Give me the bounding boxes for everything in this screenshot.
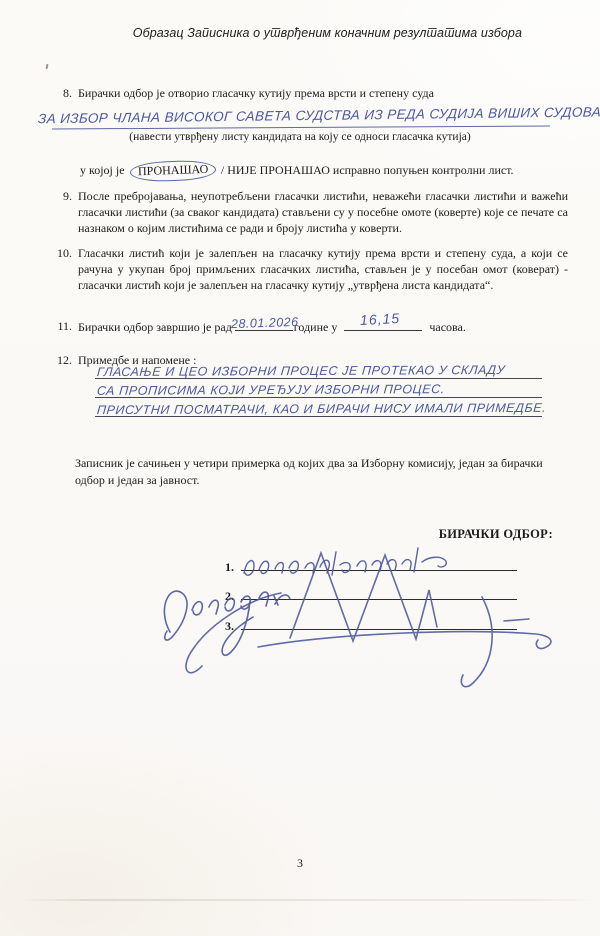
closing-paragraph: Записник је сачињен у четири примерка од… [75,455,558,488]
item-11-time-blank: 16,15 [344,318,422,331]
found-suffix: исправно попуњен контролни лист. [333,163,514,177]
scan-speck [46,64,49,69]
item-8: 8. Бирачки одбор је отворио гласачку кут… [52,85,568,101]
item-11-number: 11. [52,318,72,335]
found-prefix: у којој је [80,163,125,177]
item-11-date-value: 28.01.2026 [231,314,299,332]
scan-artifact-line [20,899,600,901]
item-11-text-after: часова. [429,320,466,334]
scanned-protocol-page: Образац Записника о утврђеним коначним р… [0,0,600,936]
item-9: 9. После пребројавања, неупотребљени гла… [52,188,568,236]
signature-scribble-3 [186,553,551,687]
item-8-found-line: у којој је ПРОНАШАО / НИЈЕ ПРОНАШАО испр… [80,161,514,181]
item-8-answer-line [52,125,550,129]
item-11-date-blank: 28.01.2026 [235,318,293,331]
item-12-note-row-1: ГЛАСАЊЕ И ЦЕО ИЗБОРНИ ПРОЦЕС ЈЕ ПРОТЕКАО… [95,360,542,379]
item-12-note-3: ПРИСУТНИ ПОСМАТРАЧИ, КАО И БИРАЧИ НИСУ И… [96,401,547,417]
item-8-caption: (навести утврђену листу кандидата на кој… [80,131,520,143]
item-11-time-value: 16,15 [360,310,401,328]
item-8-text: Бирачки одбор је отворио гласачку кутију… [78,85,568,101]
signature-scribble-1 [244,548,446,575]
item-8-number: 8. [52,85,72,101]
found-option-negative: НИЈЕ ПРОНАШАО [227,163,330,177]
item-9-number: 9. [52,188,72,236]
item-12-number: 12. [52,352,72,368]
item-11: 11. Бирачки одбор завршио је рад 28.01.2… [52,318,568,335]
found-separator: / [221,163,224,177]
item-9-text: После пребројавања, неупотребљени гласач… [78,188,568,236]
item-11-text-middle: године у [294,320,338,334]
item-12-note-1: ГЛАСАЊЕ И ЦЕО ИЗБОРНИ ПРОЦЕС ЈЕ ПРОТЕКАО… [96,363,505,379]
item-11-text-before: Бирачки одбор завршио је рад [78,320,232,334]
page-number: 3 [0,856,600,871]
item-12-note-row-2: СА ПРОПИСИМА КОЈИ УРЕЂУЈУ ИЗБОРНИ ПРОЦЕС… [95,379,542,398]
item-10: 10. Гласачки листић који је залепљен на … [52,245,568,293]
signature-scribble-2 [164,591,290,655]
item-12-note-row-3: ПРИСУТНИ ПОСМАТРАЧИ, КАО И БИРАЧИ НИСУ И… [95,398,542,417]
item-10-number: 10. [52,245,72,293]
signatures-scribble [140,535,580,700]
form-header-note: Образац Записника о утврђеним коначним р… [133,26,522,40]
item-8-handwritten-answer: ЗА ИЗБОР ЧЛАНА ВИСОКОГ САВЕТА СУДСТВА ИЗ… [38,105,579,127]
item-11-text: Бирачки одбор завршио је рад 28.01.2026г… [78,318,568,335]
circled-option-pronasao: ПРОНАШАО [129,159,216,182]
item-10-text: Гласачки листић који је залепљен на глас… [78,245,568,293]
item-12-note-2: СА ПРОПИСИМА КОЈИ УРЕЂУЈУ ИЗБОРНИ ПРОЦЕС… [96,382,445,398]
